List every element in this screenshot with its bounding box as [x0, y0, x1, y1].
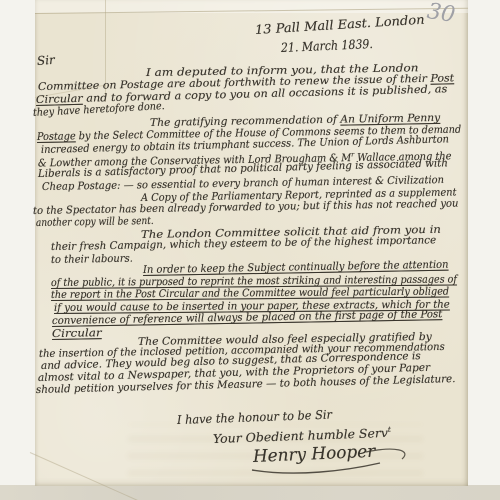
body-line-text: to the Spectator has been already forwar… [33, 198, 459, 217]
body-line: their fresh Campaign, which they esteem … [51, 235, 436, 253]
date-line: 21. March 1839. [281, 37, 373, 55]
letter-scan-page: 30 13 Pall Mall East. London21. March 18… [0, 0, 500, 500]
closing-line-text: I have the honour to be Sir [177, 408, 332, 427]
body-line: another copy will be sent. [36, 216, 154, 230]
salutation: Sir [37, 54, 56, 68]
closing-line-text: t [388, 425, 391, 434]
body-line-text: Postage [37, 130, 76, 143]
body-line: Circular [52, 328, 102, 340]
letter-text: 13 Pall Mall East. London21. March 1839.… [0, 0, 500, 500]
closing-line: I have the honour to be Sir [177, 409, 332, 428]
address-line: 13 Pall Mall East. London [255, 13, 425, 37]
salutation-text: Sir [36, 53, 55, 68]
body-line-text: their fresh Campaign, which they esteem … [51, 234, 436, 253]
date-line-text: 21. March 1839. [281, 36, 373, 55]
body-line-text: another copy will be sent. [36, 215, 154, 229]
body-line: to the Spectator has been already forwar… [33, 199, 459, 218]
signature-text: Henry Hooper [253, 442, 376, 467]
body-line: to their labours. [51, 254, 133, 267]
body-line-text: Circular [52, 327, 102, 340]
signature: Henry Hooper [253, 443, 376, 467]
address-line-text: 13 Pall Mall East. London [255, 12, 425, 37]
body-line-text: to their labours. [51, 253, 133, 266]
